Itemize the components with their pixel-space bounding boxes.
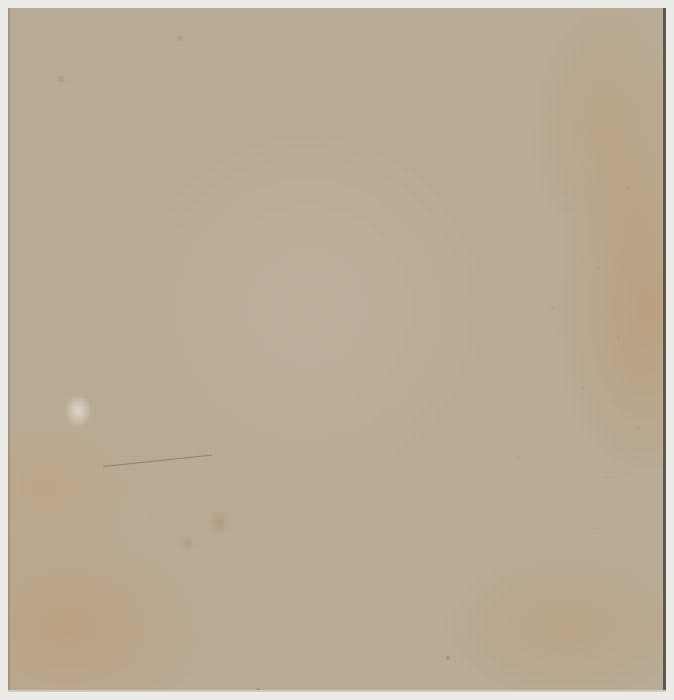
stain-dot bbox=[56, 74, 66, 84]
cloth-board bbox=[8, 8, 666, 690]
stain-spot bbox=[180, 536, 194, 550]
stain-spot bbox=[208, 508, 230, 538]
pale-spot bbox=[64, 394, 92, 428]
bottom-edge bbox=[8, 690, 666, 692]
stain-dot bbox=[176, 34, 184, 42]
right-edge bbox=[663, 8, 666, 690]
left-edge-shadow bbox=[8, 8, 11, 690]
foxing-speckles bbox=[8, 8, 666, 690]
